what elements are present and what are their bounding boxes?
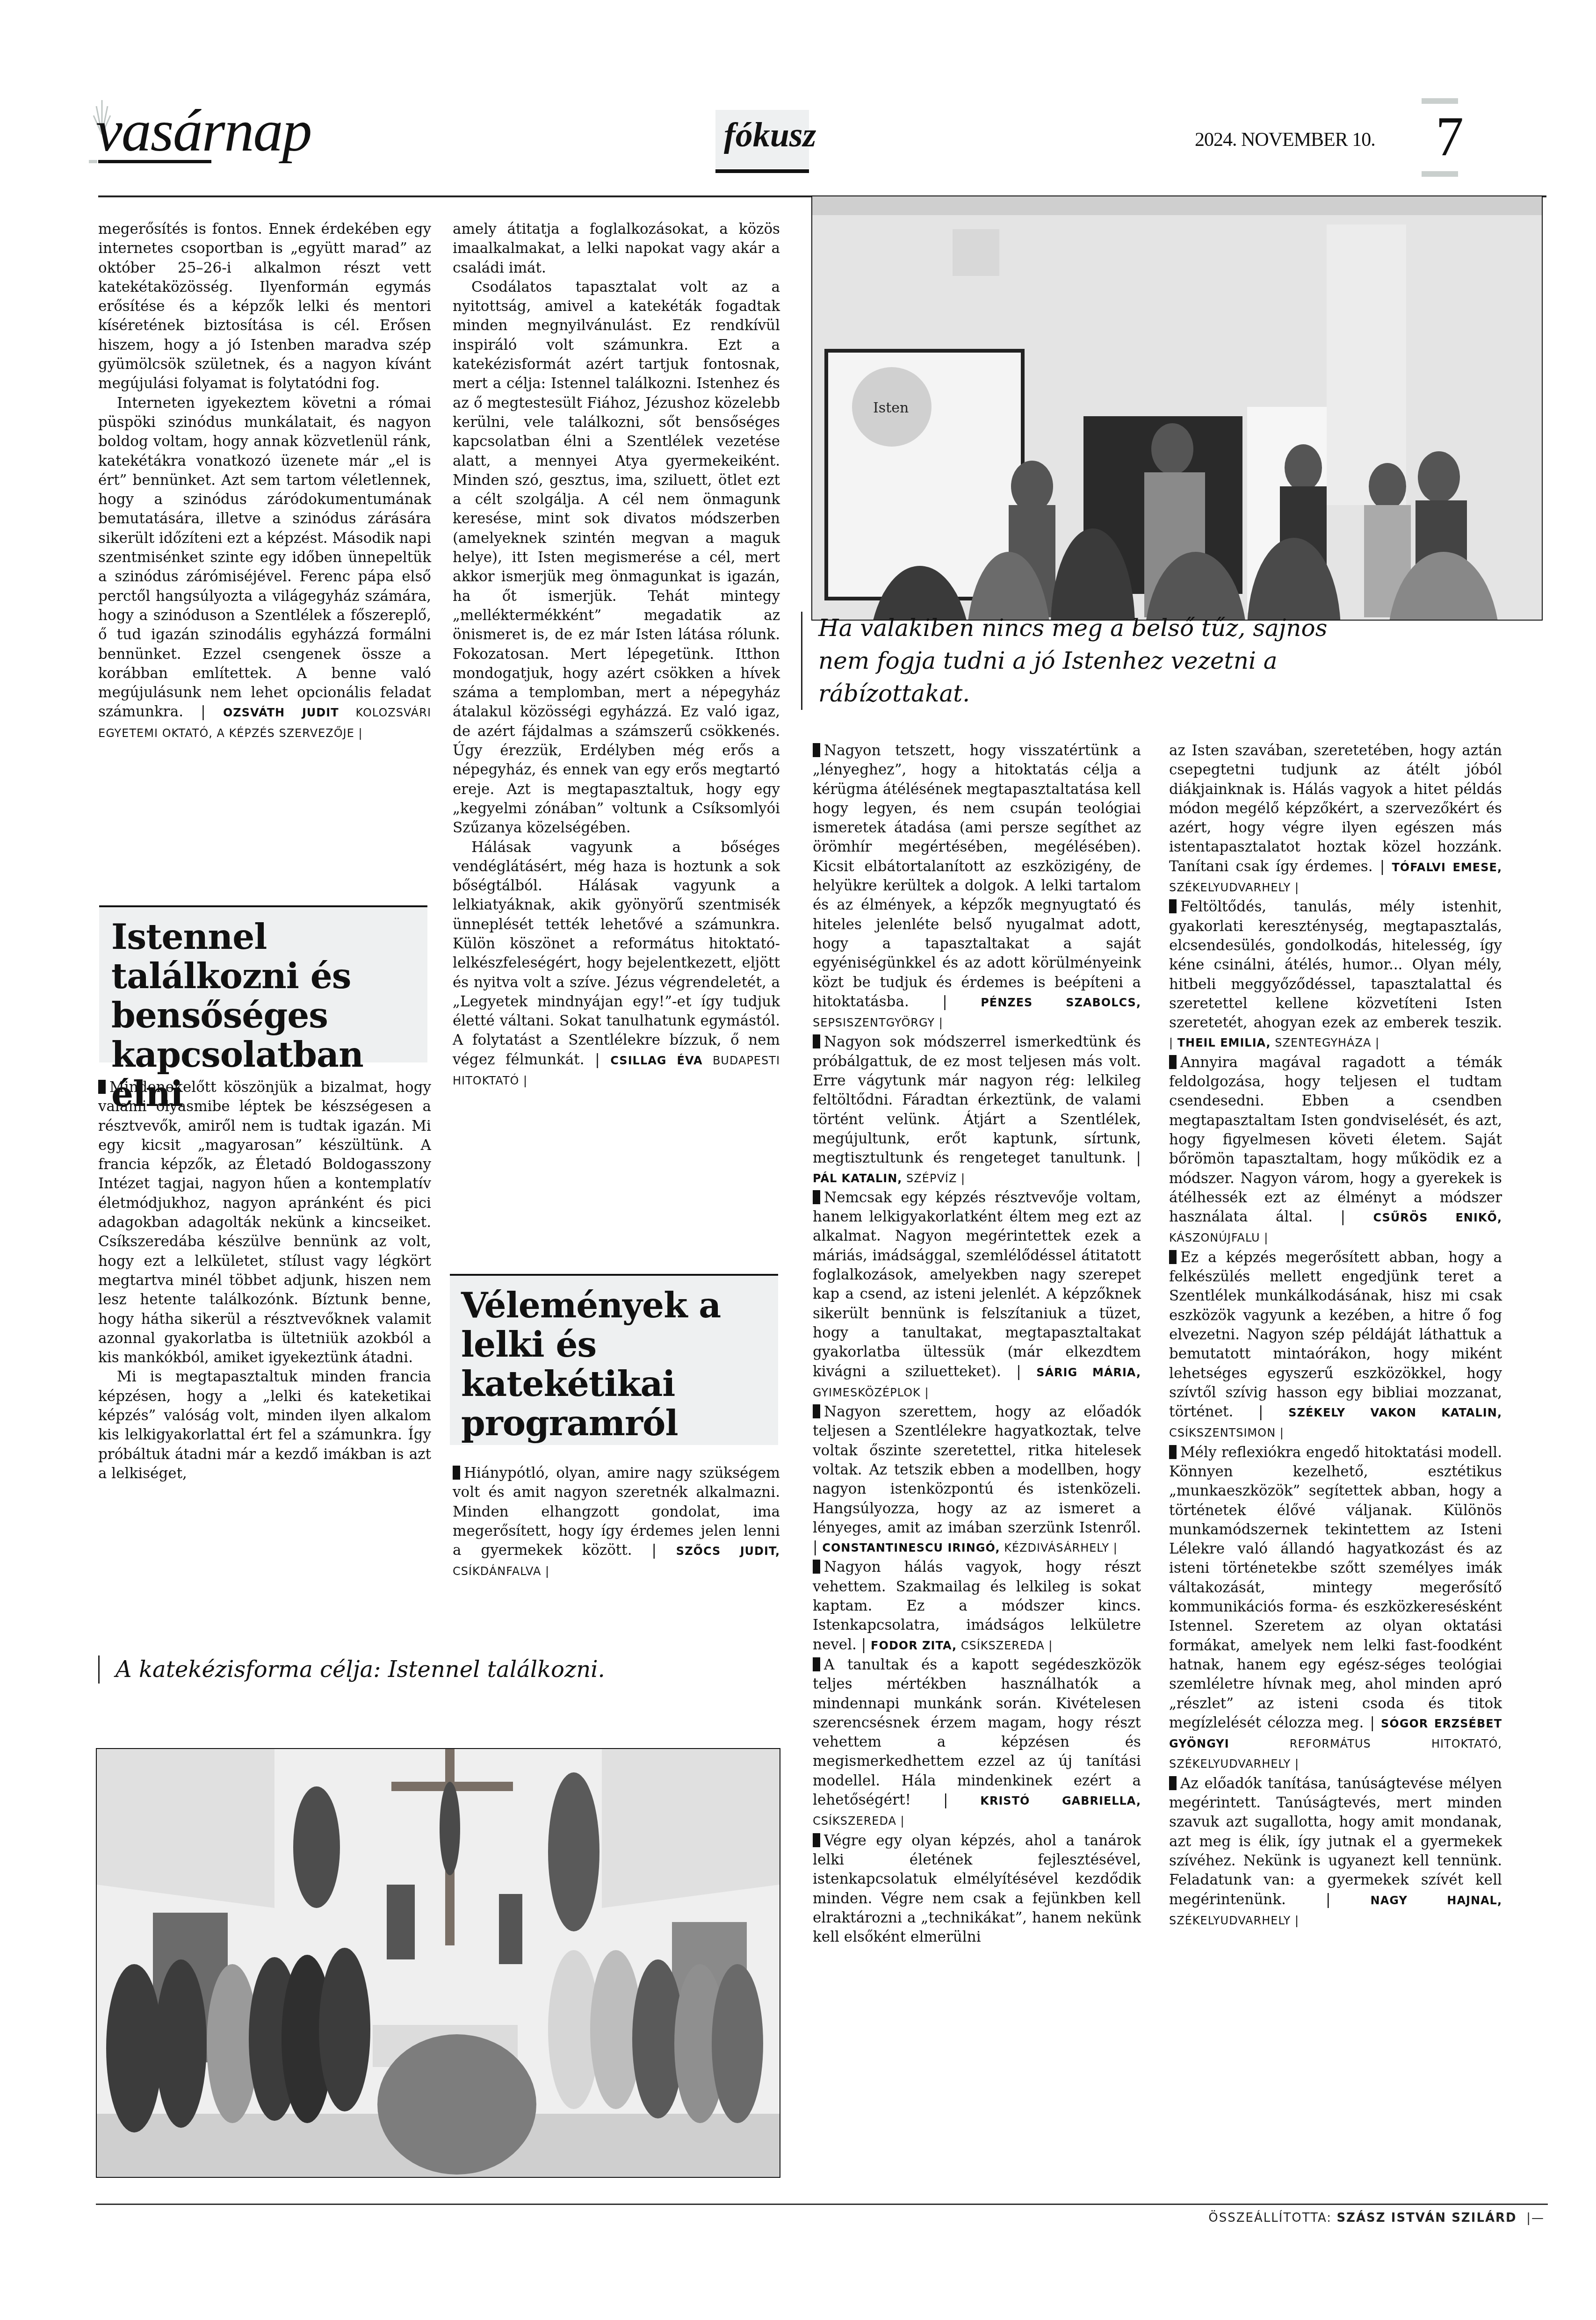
whiteboard-label: Isten [873,400,909,416]
paragraph-marker-icon [1169,1055,1177,1069]
paragraph-marker-icon [1169,1445,1177,1459]
masthead-underline [98,160,211,163]
compiled-by-credit: ÖSSZEÁLLÍTOTTA: SZÁSZ ISTVÁN SZILÁRD |— [1208,2211,1545,2225]
opinion-item: Az előadók tanítása, tanúságtevése mélye… [1169,1774,1502,1930]
paragraph-marker-icon [98,1080,106,1094]
photo-group-church [96,1748,780,2178]
paragraph-marker-icon [1169,1250,1177,1264]
opinion-item: Feltöltődés, tanulás, mély istenhit, gya… [1169,897,1502,1053]
opinion-item: az Isten szavában, szeretetében, hogy az… [1169,741,1502,897]
page-number-bar-top [1422,98,1458,104]
paragraph: Hálásak vagyunk a bőséges vendéglátásért… [453,838,780,1091]
opinion-item: Nagyon tetszett, hogy visszatértünk a „l… [813,741,1141,1033]
paragraph: Hiánypótló, olyan, amire nagy szükségem … [453,1464,780,1582]
column-2-text: amely átitatja a foglalkozásokat, a közö… [453,220,780,1091]
opinion-item: Nemcsak egy képzés résztvevője voltam, h… [813,1188,1141,1402]
opinion-item: Nagyon szerettem, hogy az előadók teljes… [813,1402,1141,1558]
opinion-item: Ez a képzés megerősített abban, hogy a f… [1169,1248,1502,1443]
paragraph-marker-icon [813,1657,820,1671]
section-label-bar [715,169,809,173]
footer-rule [96,2204,1548,2205]
opinion-item: Mély reflexiókra engedő hitoktatási mode… [1169,1443,1502,1774]
headline-box: Vélemények a lelki és katekétikai progra… [450,1274,778,1445]
article-2-intro: Hiánypótló, olyan, amire nagy szükségem … [453,1464,780,1582]
opinion-item: Nagyon sok módszerrel ismerkedtünk és pr… [813,1033,1141,1188]
photo-classroom: Isten [811,195,1543,621]
column-1-text: megerősítés is fontos. Ennek érdekében e… [98,220,431,743]
paragraph-marker-icon [813,1034,820,1048]
paragraph: Csodálatos tapasztalat volt az a nyitott… [453,278,780,838]
photo-placeholder: Isten [812,196,1542,620]
paragraph: Mi is megtapasztaltuk minden francia kép… [98,1367,431,1483]
paragraph-marker-icon [1169,1776,1177,1790]
column-3-opinions: Nagyon tetszett, hogy visszatértünk a „l… [813,741,1141,1947]
masthead-underline-accent [89,160,97,163]
opinion-item: Nagyon hálás vagyok, hogy részt vehettem… [813,1558,1141,1655]
headline-box: Istennel találkozni és bensőséges kap­cs… [99,905,427,1062]
page-number: 7 [1436,108,1464,165]
paragraph: megerősítés is fontos. Ennek érdekében e… [98,220,431,394]
photo-placeholder [97,1749,780,2177]
article-headline: Vélemények a lelki és katekétikai progra… [450,1276,778,1443]
masthead-logo: vasárnap [96,101,311,160]
paragraph-marker-icon [813,1560,820,1574]
opinion-item: Végre egy olyan képzés, ahol a tanárok l… [813,1831,1141,1947]
paragraph: amely átitatja a foglalkozásokat, a közö… [453,220,780,278]
page-number-bar-bottom [1422,171,1458,177]
paragraph-marker-icon [813,1833,820,1847]
paragraph-marker-icon [813,1404,820,1418]
byline-place: CSÍKDÁNFALVA [453,1565,541,1578]
paragraph: Interneten igyekeztem követni a római pü… [98,394,431,743]
photo-caption: A katekézisforma célja: Istennel találko… [98,1655,770,1684]
paragraph: Mindenekelőtt köszönjük a bizalmat, hogy… [98,1078,431,1367]
paragraph-marker-icon [1169,899,1177,913]
photo-caption: Ha valakiben nincs meg a belső tűz, sajn… [801,612,1379,710]
opinion-item: Annyira magával ragadott a témák feldolg… [1169,1053,1502,1248]
column-4-opinions: az Isten szavában, szeretetében, hogy az… [1169,741,1502,1930]
paragraph-marker-icon [453,1466,460,1480]
paragraph-marker-icon [813,743,820,757]
opinion-item: A tanultak és a kapott segédeszközök tel… [813,1655,1141,1831]
byline-name: CSILLAG ÉVA [610,1054,702,1067]
issue-date: 2024. NOVEMBER 10. [1195,129,1375,151]
byline-name: SZŐCS JUDIT, [676,1545,780,1558]
section-label: fókusz [724,118,816,152]
article-1-body: Mindenekelőtt köszönjük a bizalmat, hogy… [98,1078,431,1483]
paragraph-marker-icon [813,1190,820,1204]
byline-name: OZSVÁTH JUDIT [223,706,339,719]
